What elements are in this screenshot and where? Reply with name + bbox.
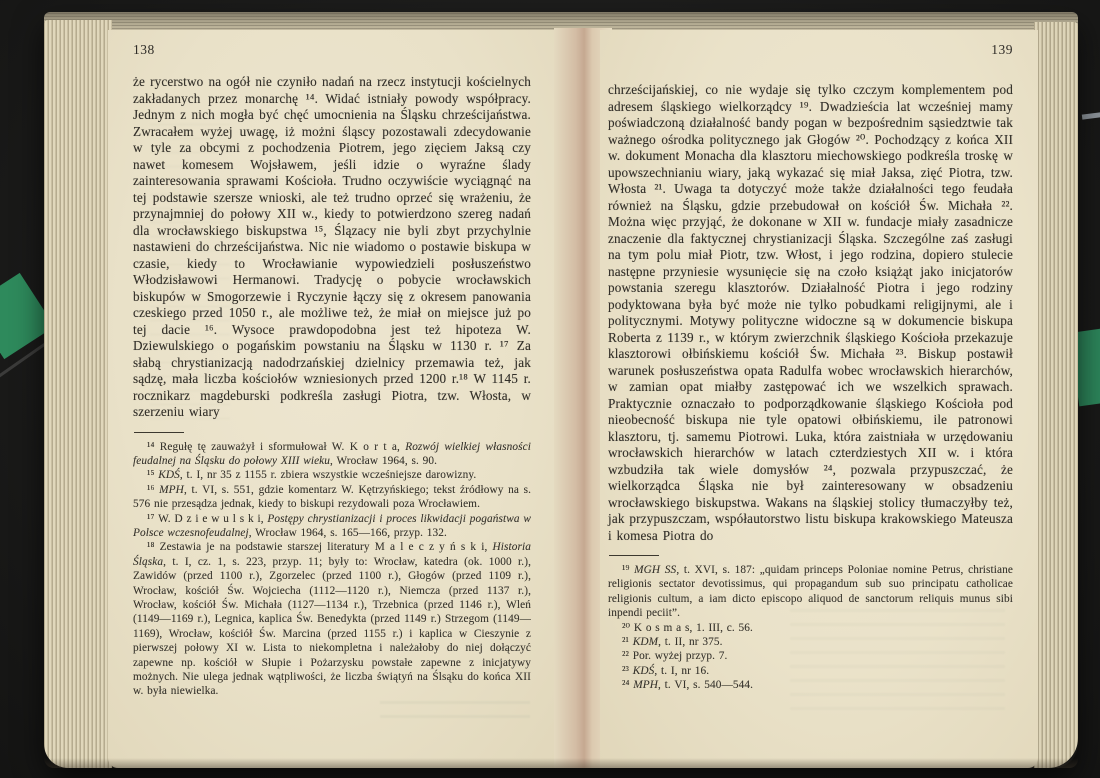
footnote-rule-left — [134, 432, 184, 433]
background-gray-line — [1082, 111, 1100, 119]
footnote-number: ²⁴ — [622, 679, 633, 691]
footnote: ²⁰ K o s m a s, 1. III, c. 56. — [608, 621, 1013, 635]
footnote-number: ²² — [622, 650, 633, 662]
book-bottom-shadow — [44, 758, 1078, 768]
book-fore-edge-right — [1034, 22, 1078, 768]
page-number-right: 139 — [608, 42, 1013, 58]
footnote: ¹⁹ MGH SS, t. XVI, s. 187: „quidam princ… — [608, 563, 1013, 621]
photo-background: 138 że rycerstwo na ogół nie czyniło nad… — [0, 0, 1100, 778]
footnote-number: ¹⁵ — [147, 469, 158, 481]
body-text-left: że rycerstwo na ogół nie czyniło nadań n… — [133, 74, 531, 421]
footnote: ¹⁴ Regułę tę zauważył i sformułował W. K… — [133, 440, 531, 469]
footnote: ¹⁸ Zestawia je na podstawie starszej lit… — [133, 540, 531, 698]
footnotes-left: ¹⁴ Regułę tę zauważył i sformułował W. K… — [133, 440, 531, 699]
footnote-rule-right — [609, 555, 659, 556]
footnote: ²⁴ MPH, t. VI, s. 540—544. — [608, 678, 1013, 692]
footnote-number: ¹⁷ — [147, 513, 158, 525]
footnote: ¹⁵ KDŚ, t. I, nr 35 z 1155 r. zbiera wsz… — [133, 468, 531, 482]
footnote: ²¹ KDM, t. II, nr 375. — [608, 635, 1013, 649]
footnote: ²² Por. wyżej przyp. 7. — [608, 649, 1013, 663]
footnote-number: ¹⁸ — [147, 541, 160, 553]
footnote: ¹⁶ MPH, t. VI, s. 551, gdzie komentarz W… — [133, 483, 531, 512]
page-139: 139 chrześcijańskiej, co nie wydaje się … — [608, 42, 1013, 693]
footnote-number: ²⁰ — [622, 622, 634, 634]
footnote-number: ¹⁴ — [147, 441, 160, 453]
book-fore-edge-left — [44, 20, 112, 768]
page-138: 138 że rycerstwo na ogół nie czyniło nad… — [133, 42, 531, 699]
footnote-number: ¹⁶ — [147, 484, 159, 496]
footnote-number: ¹⁹ — [622, 564, 634, 576]
footnote: ²³ KDŚ, t. I, nr 16. — [608, 664, 1013, 678]
footnote: ¹⁷ W. D z i e w u l s k i, Postępy chrys… — [133, 512, 531, 541]
footnotes-right: ¹⁹ MGH SS, t. XVI, s. 187: „quidam princ… — [608, 563, 1013, 693]
footnote-number: ²¹ — [622, 636, 633, 648]
body-text-right: chrześcijańskiej, co nie wydaje się tylk… — [608, 82, 1013, 544]
page-number-left: 138 — [133, 42, 531, 58]
footnote-number: ²³ — [622, 665, 633, 677]
